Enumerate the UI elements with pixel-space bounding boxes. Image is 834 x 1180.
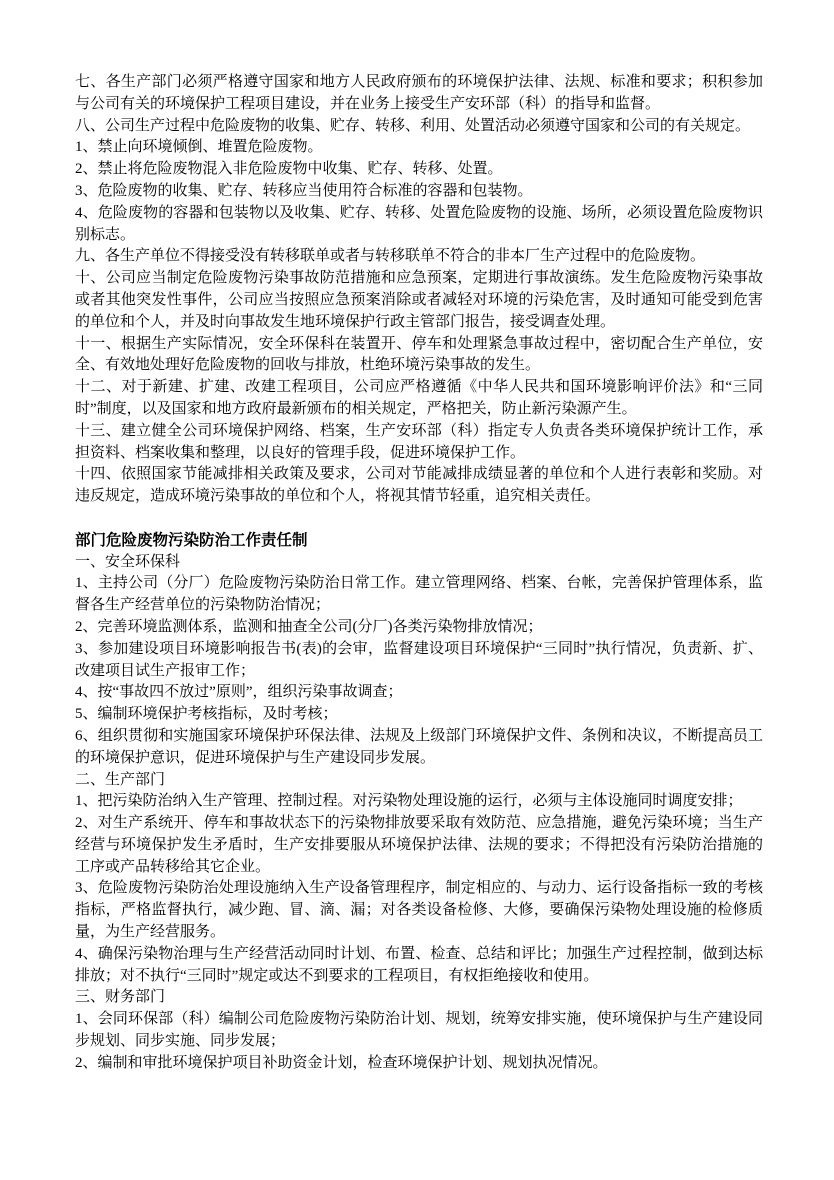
clause-8-item-2: 2、禁止将危险废物混入非危险废物中收集、贮存、转移、处置。 [75, 159, 763, 181]
section-general-rules: 七、各生产部门必须严格遵守国家和地方人民政府颁布的环境保护法律、法规、标准和要求… [75, 72, 763, 508]
dept-2-title: 二、生产部门 [75, 770, 763, 792]
dept-1-item-3: 3、参加建设项目环境影响报告书(表)的会审，监督建设项目环境保护“三同时”执行情… [75, 639, 763, 683]
clause-11: 十一、根据生产实际情况，安全环保科在装置开、停车和处理紧急事故过程中，密切配合生… [75, 334, 763, 378]
clause-14: 十四、依照国家节能减排相关政策及要求，公司对节能减排成绩显著的单位和个人进行表彰… [75, 464, 763, 508]
clause-9: 九、各生产单位不得接受没有转移联单或者与转移联单不符合的非本厂生产过程中的危险废… [75, 246, 763, 268]
dept-3-title: 三、财务部门 [75, 987, 763, 1009]
dept-2-item-4: 4、确保污染物治理与生产经营活动同时计划、布置、检查、总结和评比；加强生产过程控… [75, 944, 763, 988]
clause-13: 十三、建立健全公司环境保护网络、档案，生产安环部（科）指定专人负责各类环境保护统… [75, 421, 763, 465]
dept-2-item-2: 2、对生产系统开、停车和事故状态下的污染物排放要采取有效防范、应急措施，避免污染… [75, 813, 763, 878]
dept-2-item-1: 1、把污染防治纳入生产管理、控制过程。对污染物处理设施的运行，必须与主体设施同时… [75, 791, 763, 813]
document-page: 七、各生产部门必须严格遵守国家和地方人民政府颁布的环境保护法律、法规、标准和要求… [0, 0, 834, 1180]
dept-1-item-4: 4、按“事故四不放过”原则”，组织污染事故调查； [75, 682, 763, 704]
dept-1-item-6: 6、组织贯彻和实施国家环境保护环保法律、法规及上级部门环境保护文件、条例和决议，… [75, 726, 763, 770]
clause-7: 七、各生产部门必须严格遵守国家和地方人民政府颁布的环境保护法律、法规、标准和要求… [75, 72, 763, 116]
clause-8-item-4: 4、危险废物的容器和包装物以及收集、贮存、转移、处置危险废物的设施、场所，必须设… [75, 203, 763, 247]
clause-8-item-3: 3、危险废物的收集、贮存、转移应当使用符合标准的容器和包装物。 [75, 181, 763, 203]
dept-3-item-2: 2、编制和审批环境保护项目补助资金计划，检查环境保护计划、规划执况情况。 [75, 1053, 763, 1075]
clause-8: 八、公司生产过程中危险废物的收集、贮存、转移、利用、处置活动必须遵守国家和公司的… [75, 116, 763, 138]
section-department-responsibilities: 一、安全环保科 1、主持公司（分厂）危险废物污染防治日常工作。建立管理网络、档案… [75, 552, 763, 1075]
dept-2-item-3: 3、危险废物污染防治处理设施纳入生产设备管理程序，制定相应的、与动力、运行设备指… [75, 878, 763, 943]
section-heading: 部门危险废物污染防治工作责任制 [75, 530, 763, 552]
clause-12: 十二、对于新建、扩建、改建工程项目，公司应严格遵循《中华人民共和国环境影响评价法… [75, 377, 763, 421]
dept-1-item-1: 1、主持公司（分厂）危险废物污染防治日常工作。建立管理网络、档案、台帐，完善保护… [75, 573, 763, 617]
clause-10: 十、公司应当制定危险废物污染事故防范措施和应急预案，定期进行事故演练。发生危险废… [75, 268, 763, 333]
clause-8-item-1: 1、禁止向环境倾倒、堆置危险废物。 [75, 137, 763, 159]
dept-1-title: 一、安全环保科 [75, 552, 763, 574]
dept-1-item-2: 2、完善环境监测体系，监测和抽查全公司(分厂)各类污染物排放情况； [75, 617, 763, 639]
dept-3-item-1: 1、会同环保部（科）编制公司危险废物污染防治计划、规划，统筹安排实施，使环境保护… [75, 1009, 763, 1053]
dept-1-item-5: 5、编制环境保护考核指标，及时考核； [75, 704, 763, 726]
